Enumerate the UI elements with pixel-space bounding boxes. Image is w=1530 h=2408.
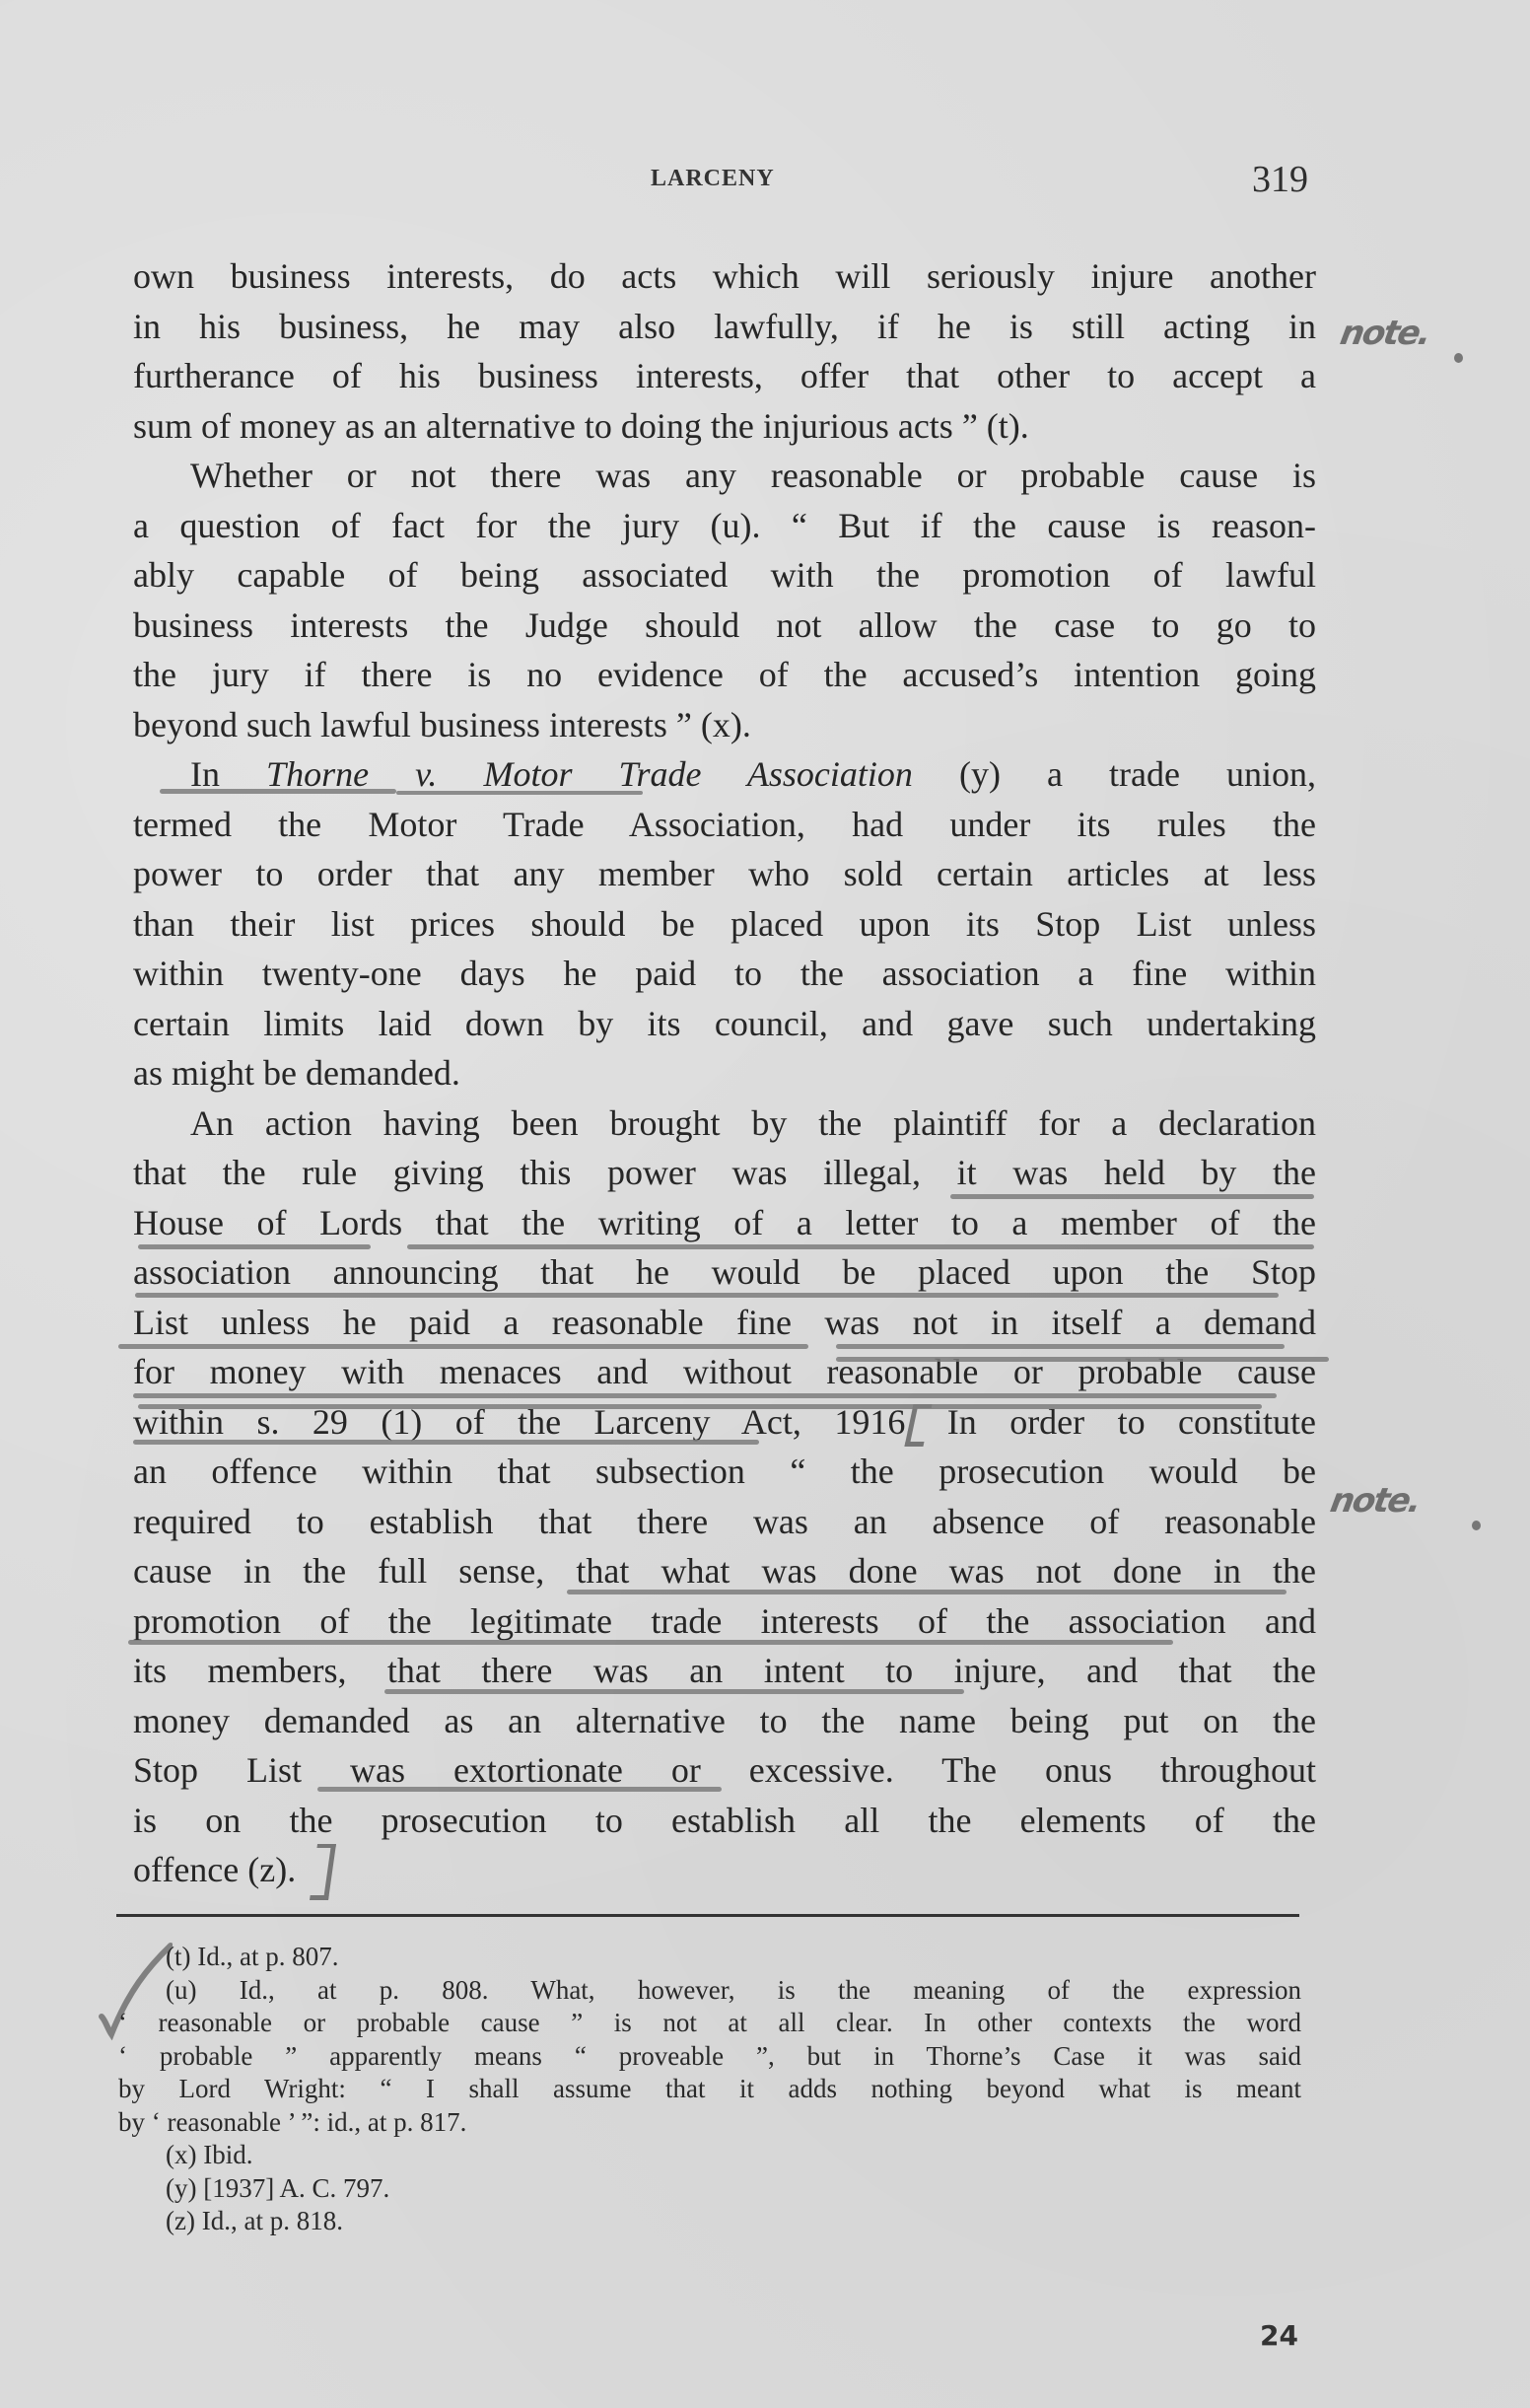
pencil-underline [118,1344,808,1349]
signature-mark: 24 [1260,2319,1298,2352]
margin-note-dot [1472,1521,1481,1530]
running-title: LARCENY [651,166,775,192]
body-line: sum of money as an alternative to doing … [133,404,1316,448]
body-line: An action having been brought by the pla… [133,1101,1316,1145]
book-page: LARCENY 319 own business interests, do a… [0,0,1530,2408]
body-line: House of Lords that the writing of a let… [133,1201,1316,1244]
pencil-underline [135,1293,1279,1298]
pencil-underline [138,1404,1262,1409]
margin-note: note. [1337,314,1432,353]
body-line: furtherance of his business interests, o… [133,354,1316,397]
pencil-underline [836,1344,1285,1349]
body-line: termed the Motor Trade Association, had … [133,803,1316,846]
body-line: Stop List was extortionate or excessive.… [133,1748,1316,1792]
body-line: cause in the full sense, that what was d… [133,1549,1316,1593]
body-line: required to establish that there was an … [133,1500,1316,1543]
pencil-underline [160,789,396,794]
pencil-underline [836,1357,1329,1362]
page-number: 319 [1252,158,1308,201]
running-head: LARCENY 319 [0,158,1530,197]
footnote-line: ‘ probable ” apparently means “ proveabl… [118,2040,1301,2072]
pencil-underline [138,1244,371,1249]
footnote-line: (t) Id., at p. 807. [118,1941,1301,1972]
footnote-line: (z) Id., at p. 818. [118,2205,1301,2236]
footnote-line: (u) Id., at p. 808. What, however, is th… [118,1974,1301,2006]
body-line: Whether or not there was any reasonable … [133,454,1316,497]
footnote-line: (y) [1937] A. C. 797. [118,2172,1301,2204]
pencil-underline [133,1393,1277,1398]
body-line: than their list prices should be placed … [133,902,1316,946]
footnote-line: by ‘ reasonable ’ ”: id., at p. 817. [118,2106,1301,2138]
pencil-underline [396,791,643,795]
body-line: its members, that there was an intent to… [133,1649,1316,1692]
body-line: certain limits laid down by its council,… [133,1002,1316,1045]
body-line: an offence within that subsection “ the … [133,1450,1316,1493]
body-line: is on the prosecution to establish all t… [133,1799,1316,1842]
footnote-line: by Lord Wright: “ I shall assume that it… [118,2073,1301,2104]
body-line: that the rule giving this power was ille… [133,1151,1316,1194]
pencil-underline [128,1640,1173,1645]
pencil-underline [950,1194,1314,1199]
body-line: List unless he paid a reasonable fine wa… [133,1301,1316,1344]
body-line: the jury if there is no evidence of the … [133,653,1316,696]
body-line: a question of fact for the jury (u). “ B… [133,504,1316,547]
pencil-underline [567,1590,1287,1594]
body-line: within twenty-one days he paid to the as… [133,952,1316,995]
body-line: beyond such lawful business interests ” … [133,703,1316,746]
body-line: money demanded as an alternative to the … [133,1699,1316,1742]
pencil-underline [133,1440,759,1445]
footnote-line: ‘ reasonable or probable cause ” is not … [118,2007,1301,2038]
body-line: own business interests, do acts which wi… [133,254,1316,298]
body-line: in his business, he may also lawfully, i… [133,305,1316,348]
body-line: as might be demanded. [133,1051,1316,1095]
footnote-divider [116,1914,1299,1917]
body-line: offence (z). [133,1848,1316,1891]
pencil-underline [317,1787,722,1792]
body-line: association announcing that he would be … [133,1250,1316,1294]
margin-note-dot [1454,353,1463,363]
margin-note: note. [1327,1481,1423,1521]
pencil-underline [384,1689,964,1694]
footnote-line: (x) Ibid. [118,2139,1301,2170]
body-line: promotion of the legitimate trade intere… [133,1599,1316,1643]
body-line: ably capable of being associated with th… [133,553,1316,597]
pencil-underline [407,1244,1314,1249]
body-line: business interests the Judge should not … [133,603,1316,647]
body-line: power to order that any member who sold … [133,852,1316,895]
case-name: Thorne v. Motor Trade Association [266,754,913,794]
